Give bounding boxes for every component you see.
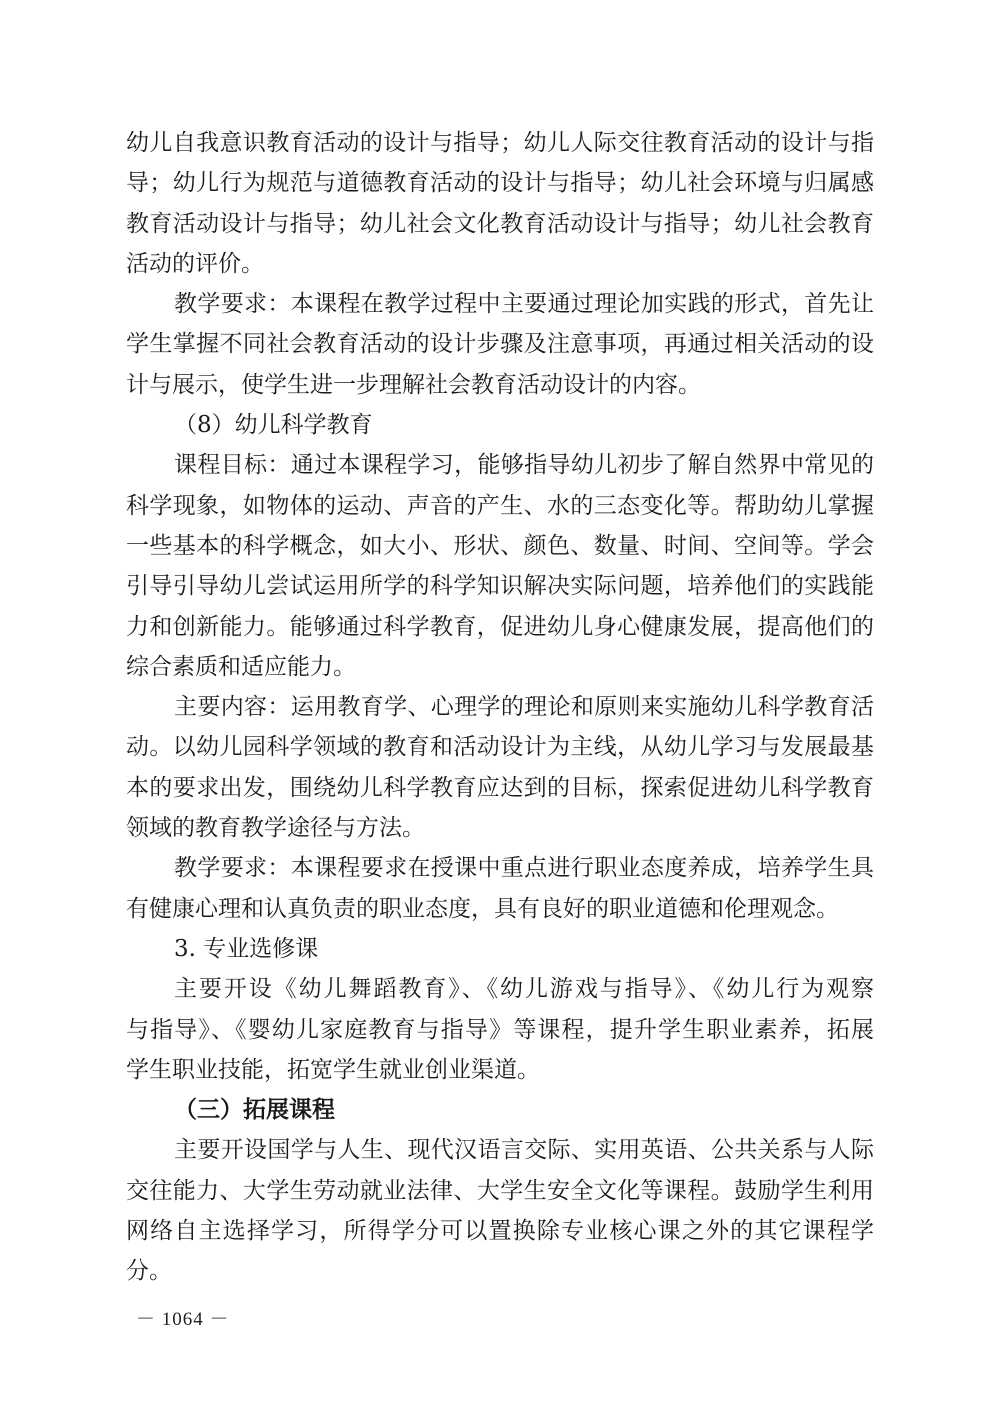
text-line: 导；幼儿行为规范与道德教育活动的设计与指导；幼儿社会环境与归属感: [126, 163, 874, 203]
section-heading: 3. 专业选修课: [126, 929, 874, 969]
text-line: 教育活动设计与指导；幼儿社会文化教育活动设计与指导；幼儿社会教育: [126, 204, 874, 244]
text-line: 主要开设《幼儿舞蹈教育》、《幼儿游戏与指导》、《幼儿行为观察: [126, 969, 874, 1009]
text-line: 分。: [126, 1251, 874, 1291]
text-line: 学生职业技能，拓宽学生就业创业渠道。: [126, 1050, 874, 1090]
text-line: 主要内容：运用教育学、心理学的理论和原则来实施幼儿科学教育活: [126, 687, 874, 727]
text-line: 课程目标：通过本课程学习，能够指导幼儿初步了解自然界中常见的: [126, 445, 874, 485]
text-line: 与指导》、《婴幼儿家庭教育与指导》等课程，提升学生职业素养，拓展: [126, 1010, 874, 1050]
document-page: 幼儿自我意识教育活动的设计与指导；幼儿人际交往教育活动的设计与指 导；幼儿行为规…: [126, 123, 874, 1292]
section-heading: （8）幼儿科学教育: [126, 405, 874, 445]
text-line: 本的要求出发，围绕幼儿科学教育应达到的目标，探索促进幼儿科学教育: [126, 768, 874, 808]
text-line: 科学现象，如物体的运动、声音的产生、水的三态变化等。帮助幼儿掌握: [126, 486, 874, 526]
page-number: － 1064 －: [136, 1304, 230, 1331]
text-line: 学生掌握不同社会教育活动的设计步骤及注意事项，再通过相关活动的设: [126, 324, 874, 364]
text-line: 计与展示，使学生进一步理解社会教育活动设计的内容。: [126, 365, 874, 405]
text-line: 交往能力、大学生劳动就业法律、大学生安全文化等课程。鼓励学生利用: [126, 1171, 874, 1211]
section-heading: （三）拓展课程: [126, 1090, 874, 1130]
text-line: 教学要求：本课程要求在授课中重点进行职业态度养成，培养学生具: [126, 848, 874, 888]
text-line: 综合素质和适应能力。: [126, 647, 874, 687]
text-line: 网络自主选择学习，所得学分可以置换除专业核心课之外的其它课程学: [126, 1211, 874, 1251]
text-line: 力和创新能力。能够通过科学教育，促进幼儿身心健康发展，提高他们的: [126, 607, 874, 647]
text-line: 引导引导幼儿尝试运用所学的科学知识解决实际问题，培养他们的实践能: [126, 566, 874, 606]
text-line: 幼儿自我意识教育活动的设计与指导；幼儿人际交往教育活动的设计与指: [126, 123, 874, 163]
text-line: 一些基本的科学概念，如大小、形状、颜色、数量、时间、空间等。学会: [126, 526, 874, 566]
text-line: 教学要求：本课程在教学过程中主要通过理论加实践的形式，首先让: [126, 284, 874, 324]
text-line: 有健康心理和认真负责的职业态度，具有良好的职业道德和伦理观念。: [126, 889, 874, 929]
text-line: 活动的评价。: [126, 244, 874, 284]
text-line: 动。以幼儿园科学领域的教育和活动设计为主线，从幼儿学习与发展最基: [126, 727, 874, 767]
text-line: 主要开设国学与人生、现代汉语言交际、实用英语、公共关系与人际: [126, 1130, 874, 1170]
text-line: 领域的教育教学途径与方法。: [126, 808, 874, 848]
